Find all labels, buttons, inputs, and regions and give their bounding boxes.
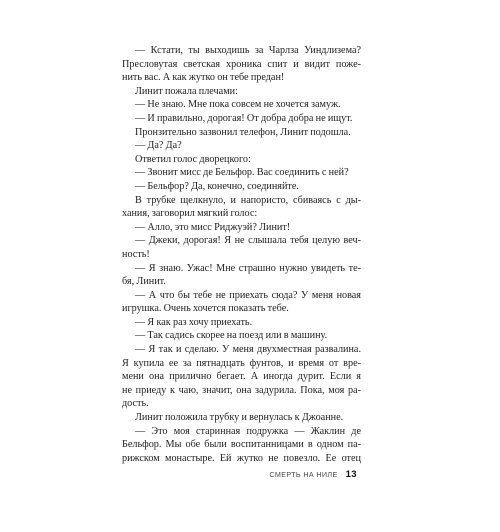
text-line: — А что бы тебе не приехать сюда? У меня…: [122, 289, 361, 303]
text-line: Линит пожала плечами:: [122, 85, 361, 99]
text-line: — Не знаю. Мне пока совсем не хочется за…: [122, 98, 361, 112]
text-line: не приеду к чаю, значит, она задурила. П…: [122, 384, 361, 398]
text-line: мени она прилично бегает. А иногда дурит…: [122, 370, 361, 384]
text-line: рижском монастыре. Ей жутко не повезло. …: [122, 452, 361, 466]
text-line: Бельфор. Мы обе были воспитанницами в од…: [122, 438, 361, 452]
page-text: — Кстати, ты выходишь за Чарлза Уиндлизе…: [122, 44, 361, 465]
text-line: — Это моя старинная подружка — Жаклин де: [122, 425, 361, 439]
text-line: — Так садись скорее на поезд или в машин…: [122, 329, 361, 343]
text-line: — Я знаю. Ужас! Мне страшно нужно увидет…: [122, 262, 361, 276]
page-number: 13: [346, 469, 357, 480]
text-line: — Бельфор? Да, конечно, соединяйте.: [122, 180, 361, 194]
text-line: — Алло, это мисс Риджуэй? Линит!: [122, 221, 361, 235]
text-line: Я купила ее за пятнадцать фунтов, и врем…: [122, 357, 361, 371]
page-footer: СМЕРТЬ НА НИЛЕ 13: [269, 469, 357, 480]
text-line: — Джеки, дорогая! Я не слышала тебя целу…: [122, 234, 361, 248]
running-title: СМЕРТЬ НА НИЛЕ: [269, 470, 337, 479]
text-line: — Звонит мисс де Бельфор. Вас соединить …: [122, 166, 361, 180]
text-line: ность!: [122, 248, 361, 262]
text-line: — Я как раз хочу приехать.: [122, 316, 361, 330]
book-page: — Кстати, ты выходишь за Чарлза Уиндлизе…: [0, 0, 500, 532]
text-line: В трубке щелкнуло, и напористо, сбиваясь…: [122, 194, 361, 208]
text-line: Линит положила трубку и вернулась к Джоа…: [122, 411, 361, 425]
text-line: — Кстати, ты выходишь за Чарлза Уиндлизе…: [122, 44, 361, 58]
text-line: хания, заговорил мягкий голос:: [122, 207, 361, 221]
text-line: игрушка. Очень хочется показать тебе.: [122, 302, 361, 316]
text-line: Ответил голос дворецкого:: [122, 153, 361, 167]
text-line: дость.: [122, 397, 361, 411]
text-line: Пресловутая светская хроника спит и види…: [122, 58, 361, 72]
text-line: — И правильно, дорогая! От добра добра н…: [122, 112, 361, 126]
text-line: — Да? Да?: [122, 139, 361, 153]
text-line: Пронзительно зазвонил телефон, Линит под…: [122, 126, 361, 140]
text-line: бя, Линит.: [122, 275, 361, 289]
text-line: нить вас. А как жутко он тебе предан!: [122, 71, 361, 85]
text-line: — Я так и сделаю. У меня двухместная раз…: [122, 343, 361, 357]
